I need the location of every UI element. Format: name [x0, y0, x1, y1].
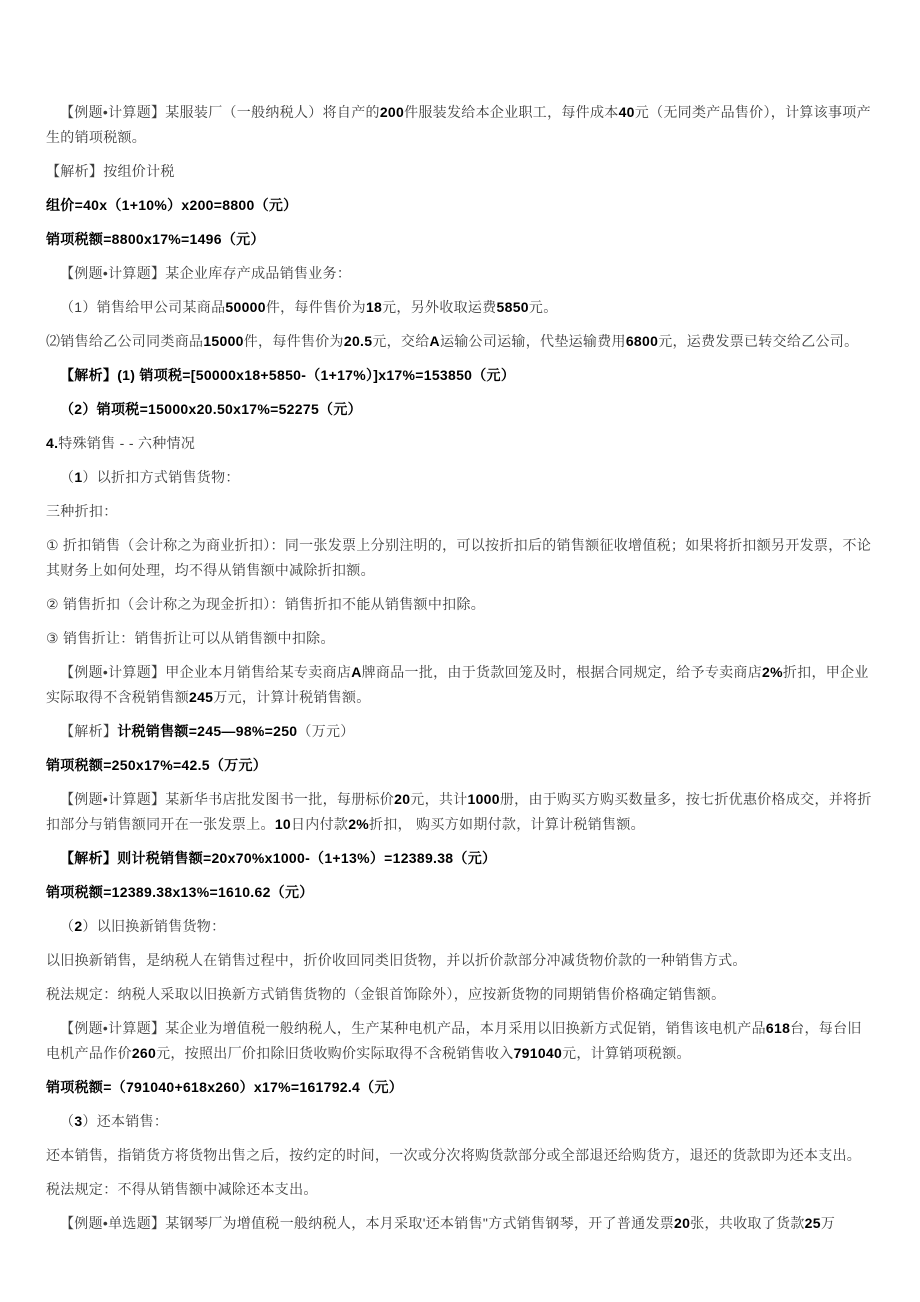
text-segment-bold: 40: [619, 104, 635, 120]
text-segment: ② 销售折扣（会计称之为现金折扣）：销售折扣不能从销售额中扣除。: [46, 596, 485, 612]
text-segment-bold: 4.: [46, 435, 58, 451]
text-segment-bold: 组价=40x（1+10%）x200=8800（元）: [46, 197, 297, 213]
text-segment: 【例题•计算题】某企业为增值税一般纳税人，生产某种电机产品，本月采用以旧换新方式…: [60, 1020, 766, 1036]
document-body: 【例题•计算题】某服装厂（一般纳税人）将自产的200件服装发给本企业职工，每件成…: [46, 100, 874, 1236]
paragraph: ① 折扣销售（会计称之为商业折扣）：同一张发票上分别注明的，可以按折扣后的销售额…: [46, 533, 874, 583]
text-segment-bold: 5850: [497, 299, 529, 315]
text-segment-bold: 2%: [762, 664, 783, 680]
text-segment: 【例题•计算题】甲企业本月销售给某专卖商店: [60, 664, 351, 680]
text-segment-bold: 【解析】(1) 销项税=[50000x18+5850-（1+17%）]x17%=…: [60, 367, 515, 383]
text-segment-bold: 销项税额=250x17%=42.5（万元）: [46, 757, 267, 773]
text-segment: 特殊销售 - - 六种情况: [58, 435, 195, 451]
text-segment: ① 折扣销售（会计称之为商业折扣）：同一张发票上分别注明的，可以按折扣后的销售额…: [46, 537, 871, 578]
paragraph: 【解析】则计税销售额=20x70%x1000-（1+13%）=12389.38（…: [46, 846, 874, 871]
paragraph: 还本销售，指销货方将货物出售之后，按约定的时间，一次或分次将购货款部分或全部退还…: [46, 1143, 874, 1168]
text-segment-bold: 200: [380, 104, 404, 120]
text-segment-bold: 20: [674, 1215, 690, 1231]
text-segment-bold: 15000: [203, 333, 243, 349]
text-segment-bold: 计税销售额=245—98%=250: [117, 723, 297, 739]
text-segment: （: [60, 1113, 74, 1129]
paragraph: （2）以旧换新销售货物：: [46, 914, 874, 939]
paragraph: 销项税额=250x17%=42.5（万元）: [46, 753, 874, 778]
paragraph: 【例题•计算题】某新华书店批发图书一批，每册标价20元，共计1000册，由于购买…: [46, 787, 874, 837]
text-segment-bold: 18: [366, 299, 382, 315]
paragraph: 【例题•计算题】某服装厂（一般纳税人）将自产的200件服装发给本企业职工，每件成…: [46, 100, 874, 150]
paragraph: 4.特殊销售 - - 六种情况: [46, 431, 874, 456]
text-segment-bold: 销项税额=（791040+618x260）x17%=161792.4（元）: [46, 1079, 403, 1095]
text-segment-bold: （2）销项税=15000x20.50x17%=52275（元）: [60, 401, 362, 417]
text-segment-bold: 1000: [468, 791, 500, 807]
text-segment: ③ 销售折让：销售折让可以从销售额中扣除。: [46, 630, 335, 646]
text-segment-bold: A: [351, 664, 361, 680]
text-segment: 以旧换新销售，是纳税人在销售过程中，折价收回同类旧货物，并以折价款部分冲减货物价…: [46, 952, 747, 968]
text-segment: 税法规定：纳税人采取以旧换新方式销售货物的（金银首饰除外），应按新货物的同期销售…: [46, 986, 725, 1002]
text-segment-bold: 20: [394, 791, 410, 807]
text-segment-bold: 25: [805, 1215, 821, 1231]
text-segment: 折扣， 购买方如期付款，计算计税销售额。: [369, 816, 645, 832]
text-segment: （1）销售给甲公司某商品: [60, 299, 225, 315]
paragraph: ③ 销售折让：销售折让可以从销售额中扣除。: [46, 626, 874, 651]
text-segment-bold: 2%: [348, 816, 369, 832]
paragraph: 【例题•计算题】甲企业本月销售给某专卖商店A牌商品一批，由于货款回笼及时，根据合…: [46, 660, 874, 710]
text-segment: 【解析】: [60, 723, 117, 739]
text-segment: 日内付款: [291, 816, 348, 832]
paragraph: 【解析】(1) 销项税=[50000x18+5850-（1+17%）]x17%=…: [46, 363, 874, 388]
paragraph: 【例题•单选题】某钢琴厂为增值税一般纳税人，本月采取'还本销售"方式销售钢琴，开…: [46, 1211, 874, 1236]
paragraph: （2）销项税=15000x20.50x17%=52275（元）: [46, 397, 874, 422]
paragraph: 税法规定：纳税人采取以旧换新方式销售货物的（金银首饰除外），应按新货物的同期销售…: [46, 982, 874, 1007]
text-segment-bold: A: [430, 333, 440, 349]
text-segment: 【例题•单选题】某钢琴厂为增值税一般纳税人，本月采取'还本销售"方式销售钢琴，开…: [60, 1215, 674, 1231]
text-segment: ⑵销售给乙公司同类商品: [46, 333, 203, 349]
text-segment: 税法规定：不得从销售额中减除还本支出。: [46, 1181, 318, 1197]
text-segment: 件服装发给本企业职工，每件成本: [404, 104, 619, 120]
text-segment: （: [60, 918, 74, 934]
paragraph: ② 销售折扣（会计称之为现金折扣）：销售折扣不能从销售额中扣除。: [46, 592, 874, 617]
text-segment: ）还本销售：: [82, 1113, 168, 1129]
text-segment: 【例题•计算题】某服装厂（一般纳税人）将自产的: [60, 104, 380, 120]
text-segment-bold: 6800: [626, 333, 658, 349]
text-segment: 元，按照出厂价扣除旧货收购价实际取得不含税销售收入: [156, 1045, 514, 1061]
document-page: 【例题•计算题】某服装厂（一般纳税人）将自产的200件服装发给本企业职工，每件成…: [0, 0, 920, 1302]
text-segment: 牌商品一批，由于货款回笼及时，根据合同规定，给予专卖商店: [362, 664, 762, 680]
text-segment: 元。: [529, 299, 558, 315]
text-segment-bold: 销项税额=8800x17%=1496（元）: [46, 231, 265, 247]
text-segment: 万元，计算计税销售额。: [213, 689, 370, 705]
text-segment-bold: 618: [766, 1020, 790, 1036]
text-segment: 张，共收取了货款: [690, 1215, 804, 1231]
paragraph: 【例题•计算题】某企业为增值税一般纳税人，生产某种电机产品，本月采用以旧换新方式…: [46, 1016, 874, 1066]
text-segment-bold: 20.5: [344, 333, 372, 349]
text-segment: 还本销售，指销货方将货物出售之后，按约定的时间，一次或分次将购货款部分或全部退还…: [46, 1147, 861, 1163]
text-segment: 万: [821, 1215, 835, 1231]
paragraph: 【解析】按组价计税: [46, 159, 874, 184]
text-segment-bold: 791040: [514, 1045, 563, 1061]
text-segment: （: [60, 469, 74, 485]
text-segment-bold: 50000: [225, 299, 265, 315]
paragraph: 销项税额=（791040+618x260）x17%=161792.4（元）: [46, 1075, 874, 1100]
text-segment: 元，计算销项税额。: [562, 1045, 691, 1061]
text-segment-bold: 10: [275, 816, 291, 832]
text-segment-bold: 销项税额=12389.38x13%=1610.62（元）: [46, 884, 314, 900]
text-segment-bold: 【解析】则计税销售额=20x70%x1000-（1+13%）=12389.38（…: [60, 850, 496, 866]
text-segment: ）以旧换新销售货物：: [82, 918, 225, 934]
text-segment: 件，每件售价为: [244, 333, 344, 349]
text-segment-bold: 260: [132, 1045, 156, 1061]
text-segment: ）以折扣方式销售货物：: [82, 469, 239, 485]
text-segment: 三种折扣：: [46, 503, 118, 519]
text-segment: 运输公司运输，代垫运输费用: [440, 333, 626, 349]
text-segment: 件，每件售价为: [266, 299, 366, 315]
text-segment: 元，另外收取运费: [382, 299, 496, 315]
text-segment: 元，共计: [410, 791, 467, 807]
paragraph: 税法规定：不得从销售额中减除还本支出。: [46, 1177, 874, 1202]
paragraph: 【解析】计税销售额=245—98%=250（万元）: [46, 719, 874, 744]
paragraph: 组价=40x（1+10%）x200=8800（元）: [46, 193, 874, 218]
text-segment: 元，交给: [372, 333, 429, 349]
paragraph: 三种折扣：: [46, 499, 874, 524]
paragraph: （1）销售给甲公司某商品50000件，每件售价为18元，另外收取运费5850元。: [46, 295, 874, 320]
text-segment: 【例题•计算题】某新华书店批发图书一批，每册标价: [60, 791, 394, 807]
text-segment-bold: 245: [189, 689, 213, 705]
paragraph: 销项税额=12389.38x13%=1610.62（元）: [46, 880, 874, 905]
text-segment: 【例题•计算题】某企业库存产成品销售业务：: [60, 265, 351, 281]
paragraph: 销项税额=8800x17%=1496（元）: [46, 227, 874, 252]
paragraph: 以旧换新销售，是纳税人在销售过程中，折价收回同类旧货物，并以折价款部分冲减货物价…: [46, 948, 874, 973]
paragraph: 【例题•计算题】某企业库存产成品销售业务：: [46, 261, 874, 286]
text-segment: 元，运费发票已转交给乙公司。: [658, 333, 858, 349]
text-segment: （万元）: [297, 723, 354, 739]
text-segment: 【解析】按组价计税: [46, 163, 175, 179]
paragraph: （1）以折扣方式销售货物：: [46, 465, 874, 490]
paragraph: ⑵销售给乙公司同类商品15000件，每件售价为20.5元，交给A运输公司运输，代…: [46, 329, 874, 354]
paragraph: （3）还本销售：: [46, 1109, 874, 1134]
